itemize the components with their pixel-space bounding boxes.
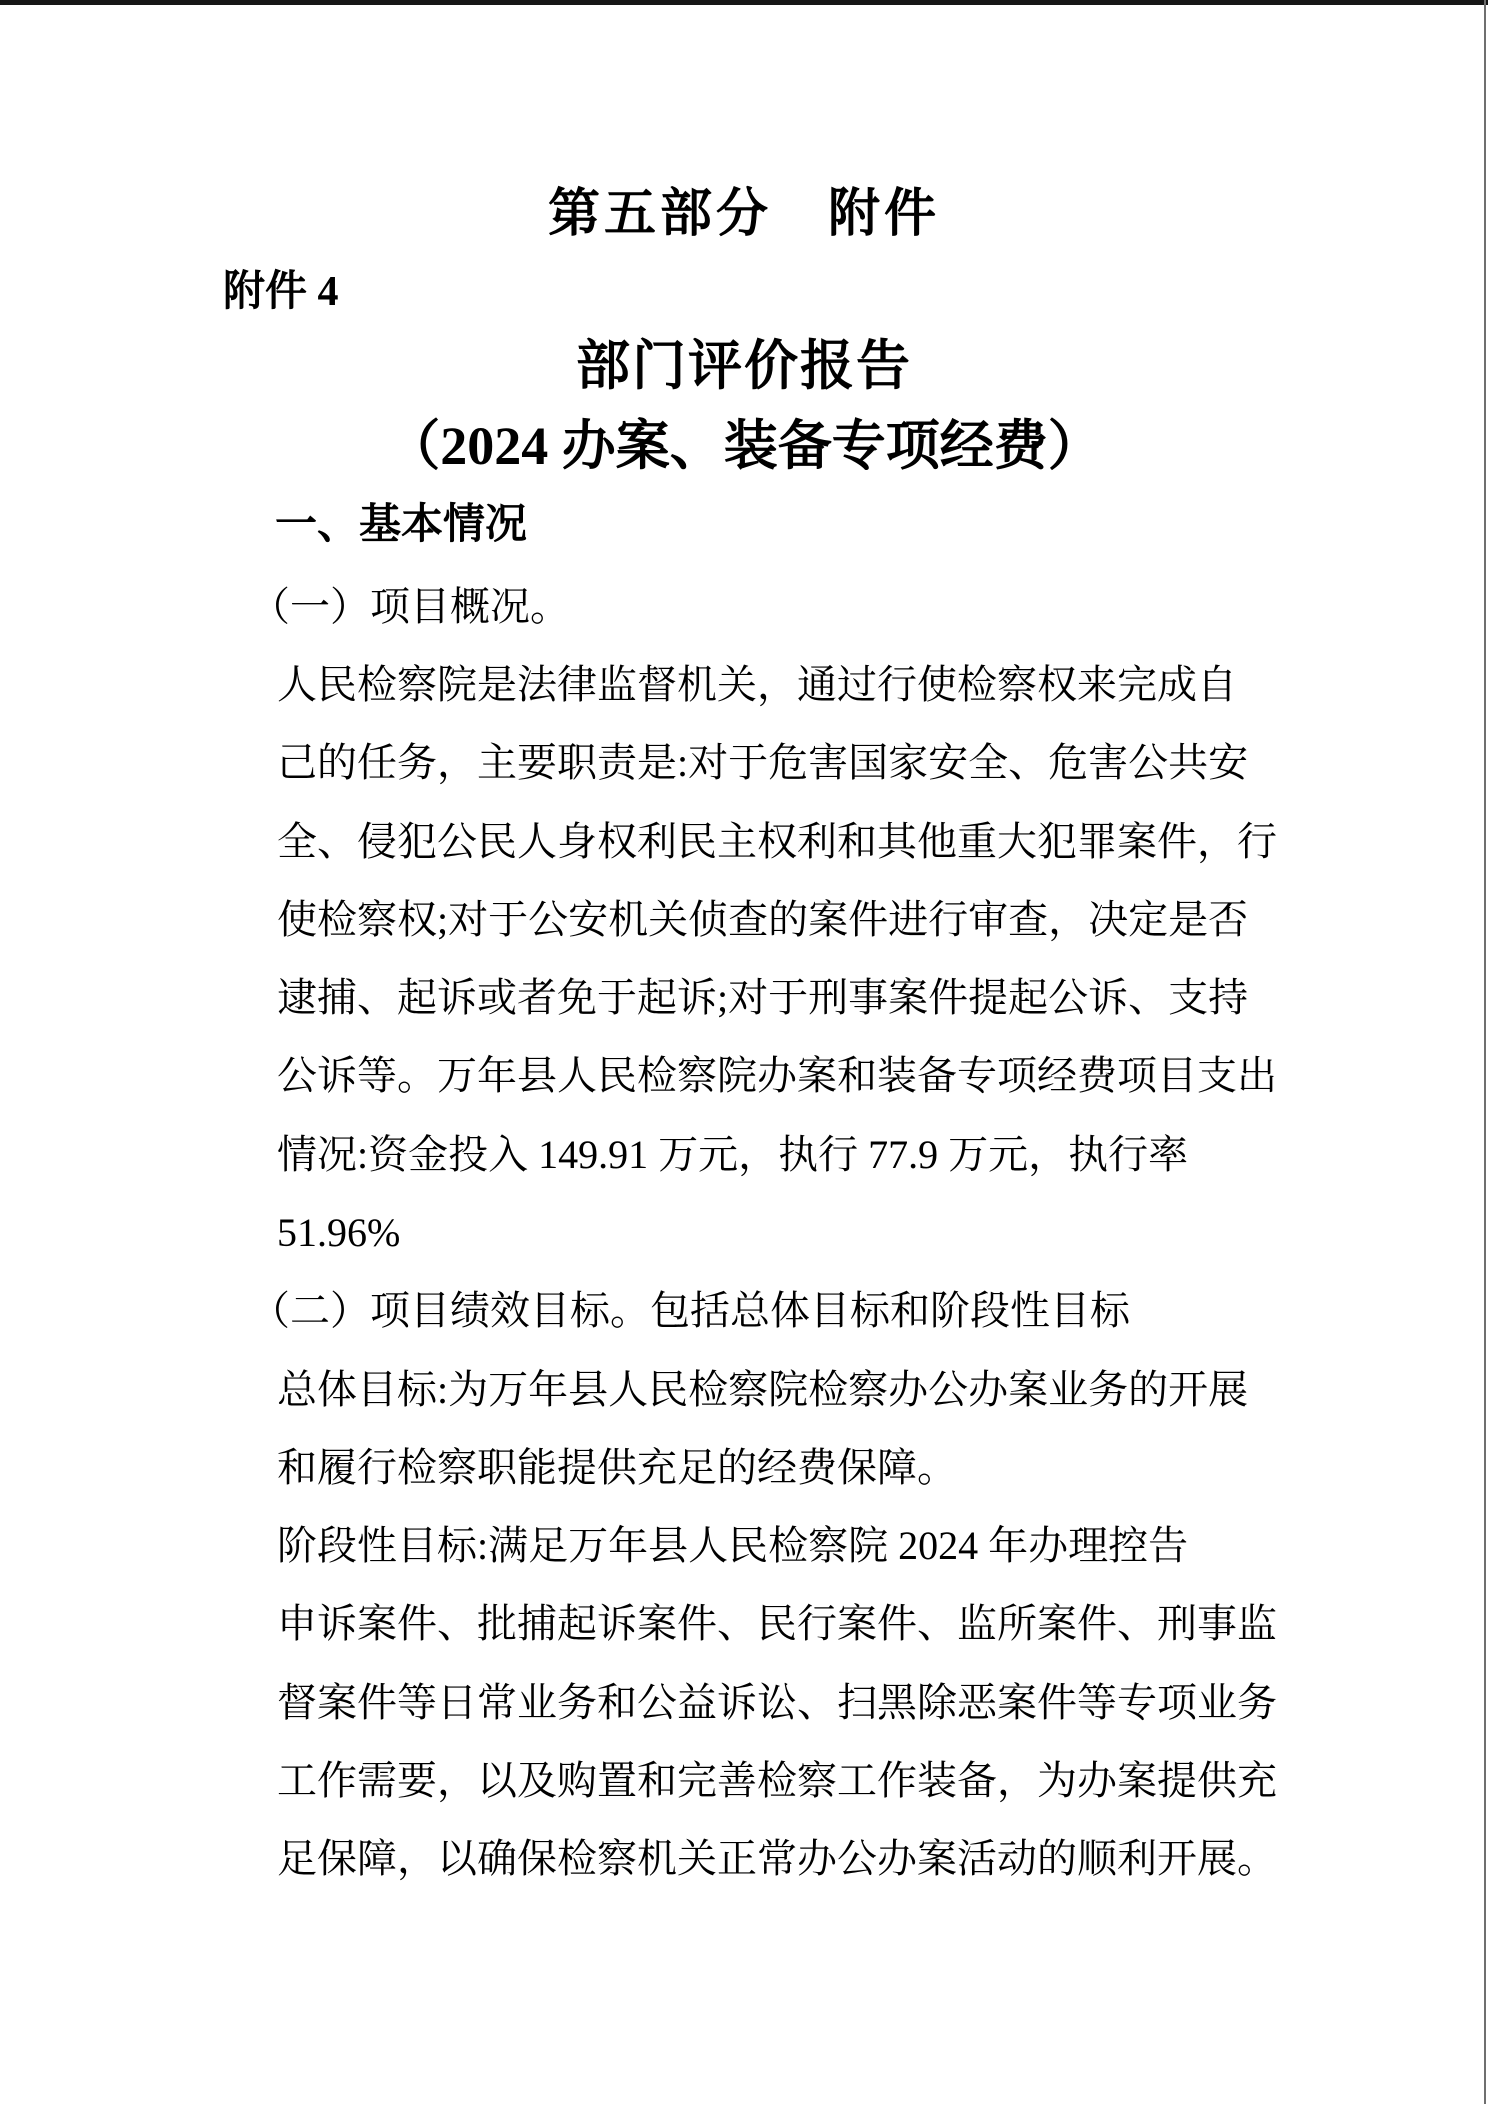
body-line-funding-figures: 情况:资金投入 149.91 万元，执行 77.9 万元，执行率 bbox=[277, 1135, 1188, 1175]
body-line-project-overview-heading: （一）项目概况。 bbox=[250, 587, 570, 627]
body-line: 公诉等。万年县人民检察院办案和装备专项经费项目支出 bbox=[277, 1056, 1277, 1096]
body-line-execution-rate: 51.96% bbox=[277, 1213, 400, 1253]
body-line: 人民检察院是法律监督机关，通过行使检察权来完成自 bbox=[277, 665, 1237, 705]
part-title: 第五部分 附件 bbox=[0, 189, 1488, 241]
body-line: 全、侵犯公民人身权利民主权利和其他重大犯罪案件，行 bbox=[277, 822, 1277, 862]
scan-right-edge bbox=[1484, 0, 1486, 2104]
body-line: 使检察权;对于公安机关侦查的案件进行审查，决定是否 bbox=[277, 900, 1248, 940]
body-line-stage-goal: 阶段性目标:满足万年县人民检察院 2024 年办理控告 bbox=[277, 1526, 1188, 1566]
body-line: 督案件等日常业务和公益诉讼、扫黑除恶案件等专项业务 bbox=[277, 1683, 1277, 1723]
attachment-label: 附件 4 bbox=[223, 271, 339, 313]
body-line: 逮捕、起诉或者免于起诉;对于刑事案件提起公诉、支持 bbox=[277, 978, 1248, 1018]
document-page: 第五部分 附件 附件 4 部门评价报告 （2024 办案、装备专项经费） 一、基… bbox=[0, 0, 1488, 2104]
section-heading-basic-info: 一、基本情况 bbox=[275, 504, 527, 546]
body-line-overall-goal: 总体目标:为万年县人民检察院检察办公办案业务的开展 bbox=[277, 1370, 1248, 1410]
body-line: 工作需要，以及购置和完善检察工作装备，为办案提供充 bbox=[277, 1761, 1277, 1801]
report-title: 部门评价报告 bbox=[0, 339, 1488, 393]
body-line: 和履行检察职能提供充足的经费保障。 bbox=[277, 1448, 957, 1488]
body-line: 申诉案件、批捕起诉案件、民行案件、监所案件、刑事监 bbox=[277, 1604, 1277, 1644]
body-line: 己的任务，主要职责是:对于危害国家安全、危害公共安 bbox=[277, 743, 1248, 783]
report-subtitle: （2024 办案、装备专项经费） bbox=[0, 419, 1488, 473]
body-line-performance-goal-heading: （二）项目绩效目标。包括总体目标和阶段性目标 bbox=[250, 1291, 1130, 1331]
scan-top-edge bbox=[0, 0, 1488, 5]
body-line: 足保障，以确保检察机关正常办公办案活动的顺利开展。 bbox=[277, 1839, 1277, 1879]
